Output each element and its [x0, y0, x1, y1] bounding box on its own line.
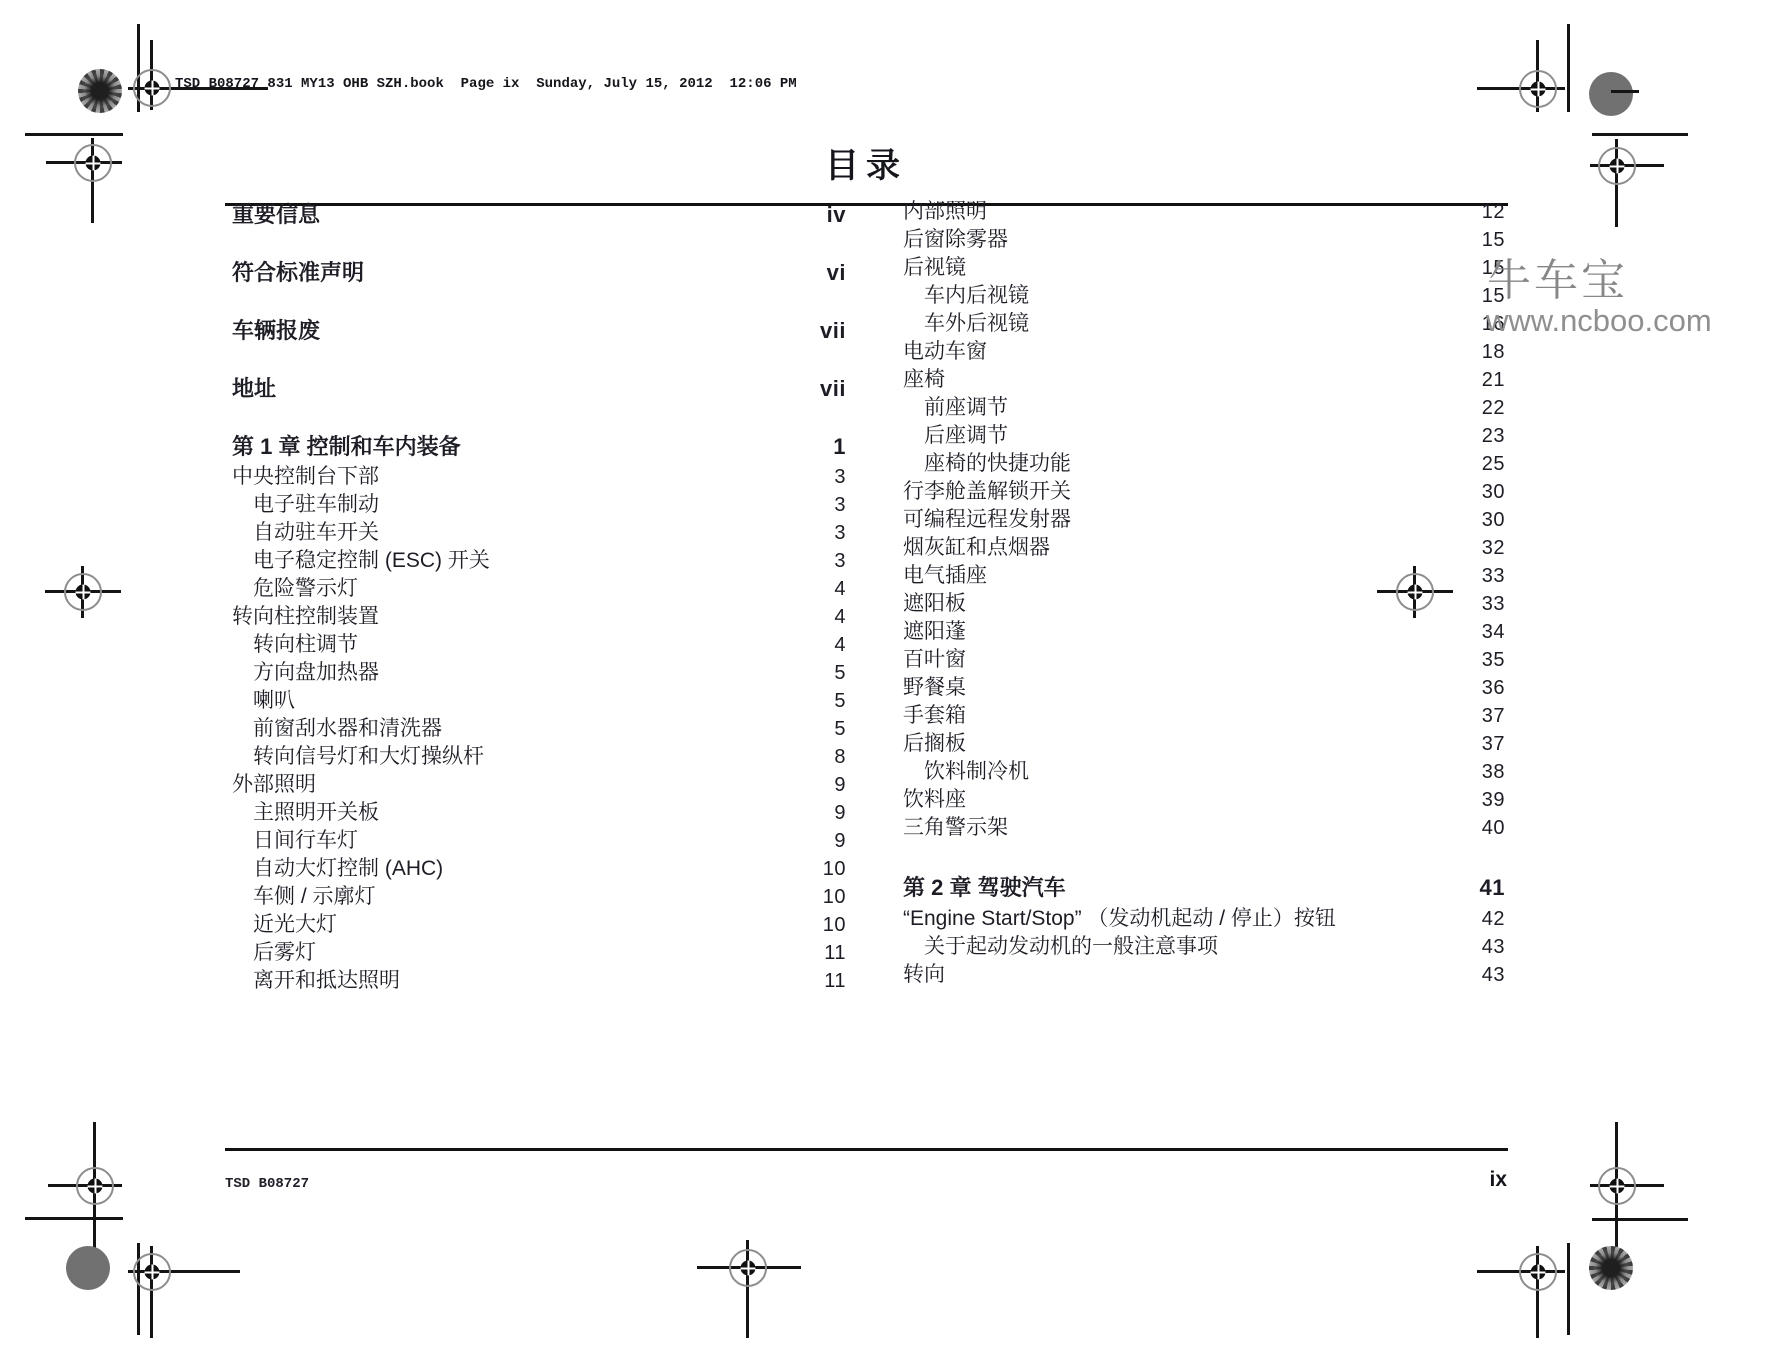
registration-mark-icon: [86, 156, 101, 171]
toc-entry-page: 43: [1482, 961, 1505, 989]
toc-entry-page: 10: [823, 911, 846, 939]
toc-entry: 自动驻车开关3: [232, 519, 846, 547]
toc-entry-label: 遮阳蓬: [903, 618, 966, 646]
registration-mark-icon: [741, 1261, 756, 1276]
crop-line: [1567, 24, 1570, 112]
toc-entry-page: 40: [1482, 814, 1505, 842]
toc-entry-label: 喇叭: [253, 687, 295, 715]
toc-entry: “Engine Start/Stop” （发动机起动 / 停止）按钮42: [903, 905, 1505, 933]
toc-entry: 野餐桌36: [903, 674, 1505, 702]
toc-entry-page: 33: [1482, 590, 1505, 618]
toc-entry-page: 3: [834, 547, 846, 575]
toc-entry-label: 关于起动发动机的一般注意事项: [924, 933, 1218, 961]
toc-entry-label: 电动车窗: [903, 338, 987, 366]
toc-entry-page: 11: [824, 939, 846, 967]
toc-entry-label: 前座调节: [924, 394, 1008, 422]
toc-entry: 第 2 章 驾驶汽车41: [903, 874, 1505, 902]
toc-entry-label: 烟灰缸和点烟器: [903, 534, 1050, 562]
toc-entry: 主照明开关板9: [232, 799, 846, 827]
toc-entry-label: 百叶窗: [903, 646, 966, 674]
toc-entry-page: 34: [1482, 618, 1505, 646]
toc-entry-label: 座椅的快捷功能: [924, 450, 1071, 478]
toc-entry-label: 野餐桌: [903, 674, 966, 702]
toc-entry: 后窗除雾器15: [903, 226, 1505, 254]
toc-entry: 关于起动发动机的一般注意事项43: [903, 933, 1505, 961]
toc-entry-page: 9: [834, 771, 846, 799]
toc-entry-label: 转向: [903, 961, 945, 989]
toc-entry-label: 后雾灯: [253, 939, 316, 967]
toc-entry-label: 后视镜: [903, 254, 966, 282]
toc-entry-label: “Engine Start/Stop” （发动机起动 / 停止）按钮: [903, 905, 1336, 933]
toc-entry-page: 4: [834, 603, 846, 631]
crop-line: [25, 133, 123, 136]
toc-entry-label: 离开和抵达照明: [253, 967, 400, 995]
toc-entry-label: 车侧 / 示廓灯: [253, 883, 376, 911]
toc-entry: 转向43: [903, 961, 1505, 989]
toc-entry-label: 车外后视镜: [924, 310, 1029, 338]
toc-entry-page: 5: [834, 687, 846, 715]
toc-entry-page: 3: [834, 519, 846, 547]
toc-entry-label: 主照明开关板: [253, 799, 379, 827]
toc-entry: 饮料制冷机38: [903, 758, 1505, 786]
toc-entry: 第 1 章 控制和车内装备1: [232, 433, 846, 461]
toc-entry-label: 车辆报废: [232, 317, 320, 345]
toc-entry-label: 行李舱盖解锁开关: [903, 478, 1071, 506]
toc-entry-page: 5: [834, 715, 846, 743]
page-title: 目录: [225, 138, 1507, 187]
toc-entry-page: 4: [834, 575, 846, 603]
toc-entry-label: 后座调节: [924, 422, 1008, 450]
toc-entry-label: 三角警示架: [903, 814, 1008, 842]
toc-entry-page: 22: [1482, 394, 1505, 422]
toc-entry: 后雾灯11: [232, 939, 846, 967]
toc-entry: 后视镜15: [903, 254, 1505, 282]
toc-entry-page: 37: [1482, 730, 1505, 758]
toc-entry: 烟灰缸和点烟器32: [903, 534, 1505, 562]
toc-entry-label: 饮料制冷机: [924, 758, 1029, 786]
toc-entry-page: 43: [1482, 933, 1505, 961]
toc-entry-page: vii: [820, 317, 846, 345]
toc-entry: 方向盘加热器5: [232, 659, 846, 687]
toc-entry: 座椅21: [903, 366, 1505, 394]
toc-entry: 前座调节22: [903, 394, 1505, 422]
toc-entry-page: 4: [834, 631, 846, 659]
crop-line: [1567, 1243, 1570, 1335]
watermark-brand: 牛车宝: [1487, 244, 1628, 308]
toc-entry-page: 10: [823, 855, 846, 883]
toc-entry-label: 转向柱控制装置: [232, 603, 379, 631]
toc-entry: 电子稳定控制 (ESC) 开关3: [232, 547, 846, 575]
toc-entry-page: iv: [827, 201, 846, 229]
toc-entry-label: 地址: [232, 375, 276, 403]
toc-entry-page: 21: [1482, 366, 1505, 394]
toc-entry-page: 30: [1482, 506, 1505, 534]
toc-entry-label: 饮料座: [903, 786, 966, 814]
crop-line: [1592, 133, 1688, 136]
toc-entry-label: 危险警示灯: [253, 575, 358, 603]
toc-entry: 遮阳蓬34: [903, 618, 1505, 646]
toc-entry: 近光大灯10: [232, 911, 846, 939]
toc-entry-page: 1: [833, 433, 846, 461]
toc-entry-page: vi: [827, 259, 846, 287]
toc-entry: 重要信息iv: [232, 201, 846, 229]
toc-entry-label: 符合标准声明: [232, 259, 364, 287]
toc-entry-label: 自动驻车开关: [253, 519, 379, 547]
registration-mark-icon: [88, 1179, 103, 1194]
toc-entry-label: 第 1 章 控制和车内装备: [232, 433, 461, 461]
toc-entry-page: 11: [824, 967, 846, 995]
registration-mark-icon: [76, 585, 91, 600]
toc-entry-page: 42: [1482, 905, 1505, 933]
toc-entry-page: 25: [1482, 450, 1505, 478]
toc-entry: 手套箱37: [903, 702, 1505, 730]
toc-entry-page: 9: [834, 799, 846, 827]
toc-entry: 外部照明9: [232, 771, 846, 799]
toc-entry: 饮料座39: [903, 786, 1505, 814]
toc-entry: 地址vii: [232, 375, 846, 403]
toc-entry-label: 前窗刮水器和清洗器: [253, 715, 442, 743]
watermark-url: www.ncboo.com: [1486, 303, 1712, 339]
toc-entry-label: 车内后视镜: [924, 282, 1029, 310]
content-rule-bottom: [225, 1148, 1508, 1151]
toc-entry: 日间行车灯9: [232, 827, 846, 855]
toc-entry-label: 转向柱调节: [253, 631, 358, 659]
toc-entry-label: 电气插座: [903, 562, 987, 590]
toc-entry-label: 内部照明: [903, 198, 987, 226]
toc-entry-label: 日间行车灯: [253, 827, 358, 855]
toc-left-column: 重要信息iv符合标准声明vi车辆报废vii地址vii第 1 章 控制和车内装备1…: [232, 201, 846, 995]
toc-entry-label: 后搁板: [903, 730, 966, 758]
toc-entry-label: 第 2 章 驾驶汽车: [903, 874, 1066, 902]
toc-entry-label: 中央控制台下部: [232, 463, 379, 491]
toc-entry-page: 36: [1482, 674, 1505, 702]
toc-entry-page: 41: [1480, 874, 1505, 902]
toc-entry-page: 39: [1482, 786, 1505, 814]
toc-entry: 后座调节23: [903, 422, 1505, 450]
header-imprint: TSD B08727 831 MY13 OHB SZH.book Page ix…: [175, 76, 797, 92]
toc-entry: 后搁板37: [903, 730, 1505, 758]
toc-entry-label: 近光大灯: [253, 911, 337, 939]
toc-entry: 车辆报废vii: [232, 317, 846, 345]
toc-entry-page: 35: [1482, 646, 1505, 674]
toc-entry: 三角警示架40: [903, 814, 1505, 842]
toc-entry: 前窗刮水器和清洗器5: [232, 715, 846, 743]
toc-entry: 危险警示灯4: [232, 575, 846, 603]
toc-entry: 电子驻车制动3: [232, 491, 846, 519]
toc-entry: 转向柱控制装置4: [232, 603, 846, 631]
registration-mark-icon: [1531, 82, 1546, 97]
gray-dot-icon: [1589, 72, 1633, 116]
document-page: TSD B08727 831 MY13 OHB SZH.book Page ix…: [0, 0, 1790, 1360]
crop-line: [1592, 1218, 1688, 1221]
toc-entry: 转向信号灯和大灯操纵杆8: [232, 743, 846, 771]
gray-dot-icon: [66, 1246, 110, 1290]
toc-entry: 车内后视镜15: [903, 282, 1505, 310]
toc-entry-page: 8: [834, 743, 846, 771]
toc-entry-label: 电子驻车制动: [253, 491, 379, 519]
toc-entry-page: 5: [834, 659, 846, 687]
toc-entry: 车侧 / 示廓灯10: [232, 883, 846, 911]
toc-entry-page: 37: [1482, 702, 1505, 730]
registration-mark-icon: [145, 1265, 160, 1280]
toc-entry-page: 38: [1482, 758, 1505, 786]
toc-entry: 转向柱调节4: [232, 631, 846, 659]
toc-entry-page: 32: [1482, 534, 1505, 562]
halftone-circle-icon: [78, 69, 122, 113]
toc-entry-page: 12: [1482, 198, 1505, 226]
toc-entry: 喇叭5: [232, 687, 846, 715]
toc-entry-page: 10: [823, 883, 846, 911]
toc-entry-page: 30: [1482, 478, 1505, 506]
toc-entry-label: 遮阳板: [903, 590, 966, 618]
registration-mark-icon: [1610, 159, 1625, 174]
toc-entry-label: 重要信息: [232, 201, 320, 229]
footer-page-number: ix: [225, 1168, 1507, 1192]
toc-entry-label: 方向盘加热器: [253, 659, 379, 687]
toc-entry-page: vii: [820, 375, 846, 403]
crop-line: [25, 1217, 123, 1220]
toc-entry-page: 3: [834, 463, 846, 491]
registration-mark-icon: [1610, 1179, 1625, 1194]
registration-mark-icon: [1531, 1265, 1546, 1280]
toc-entry-page: 18: [1482, 338, 1505, 366]
toc-entry-label: 转向信号灯和大灯操纵杆: [253, 743, 484, 771]
toc-entry: 行李舱盖解锁开关30: [903, 478, 1505, 506]
toc-entry: 自动大灯控制 (AHC)10: [232, 855, 846, 883]
toc-entry: 可编程远程发射器30: [903, 506, 1505, 534]
halftone-circle-icon: [1589, 1246, 1633, 1290]
registration-mark-icon: [145, 81, 160, 96]
toc-entry-label: 可编程远程发射器: [903, 506, 1071, 534]
toc-entry: 内部照明12: [903, 198, 1505, 226]
toc-entry-page: 3: [834, 491, 846, 519]
toc-entry-page: 23: [1482, 422, 1505, 450]
toc-entry: 座椅的快捷功能25: [903, 450, 1505, 478]
toc-entry-page: 9: [834, 827, 846, 855]
toc-entry: 离开和抵达照明11: [232, 967, 846, 995]
toc-entry: 符合标准声明vi: [232, 259, 846, 287]
toc-entry-page: 33: [1482, 562, 1505, 590]
toc-entry: 中央控制台下部3: [232, 463, 846, 491]
toc-entry-label: 手套箱: [903, 702, 966, 730]
registration-mark-icon: [1408, 585, 1423, 600]
toc-entry: 电动车窗18: [903, 338, 1505, 366]
toc-entry-label: 自动大灯控制 (AHC): [253, 855, 443, 883]
toc-entry-label: 后窗除雾器: [903, 226, 1008, 254]
toc-entry: 百叶窗35: [903, 646, 1505, 674]
toc-entry-label: 座椅: [903, 366, 945, 394]
toc-entry: 车外后视镜16: [903, 310, 1505, 338]
toc-entry-label: 外部照明: [232, 771, 316, 799]
crop-line: [1611, 90, 1639, 93]
toc-entry-label: 电子稳定控制 (ESC) 开关: [253, 547, 490, 575]
